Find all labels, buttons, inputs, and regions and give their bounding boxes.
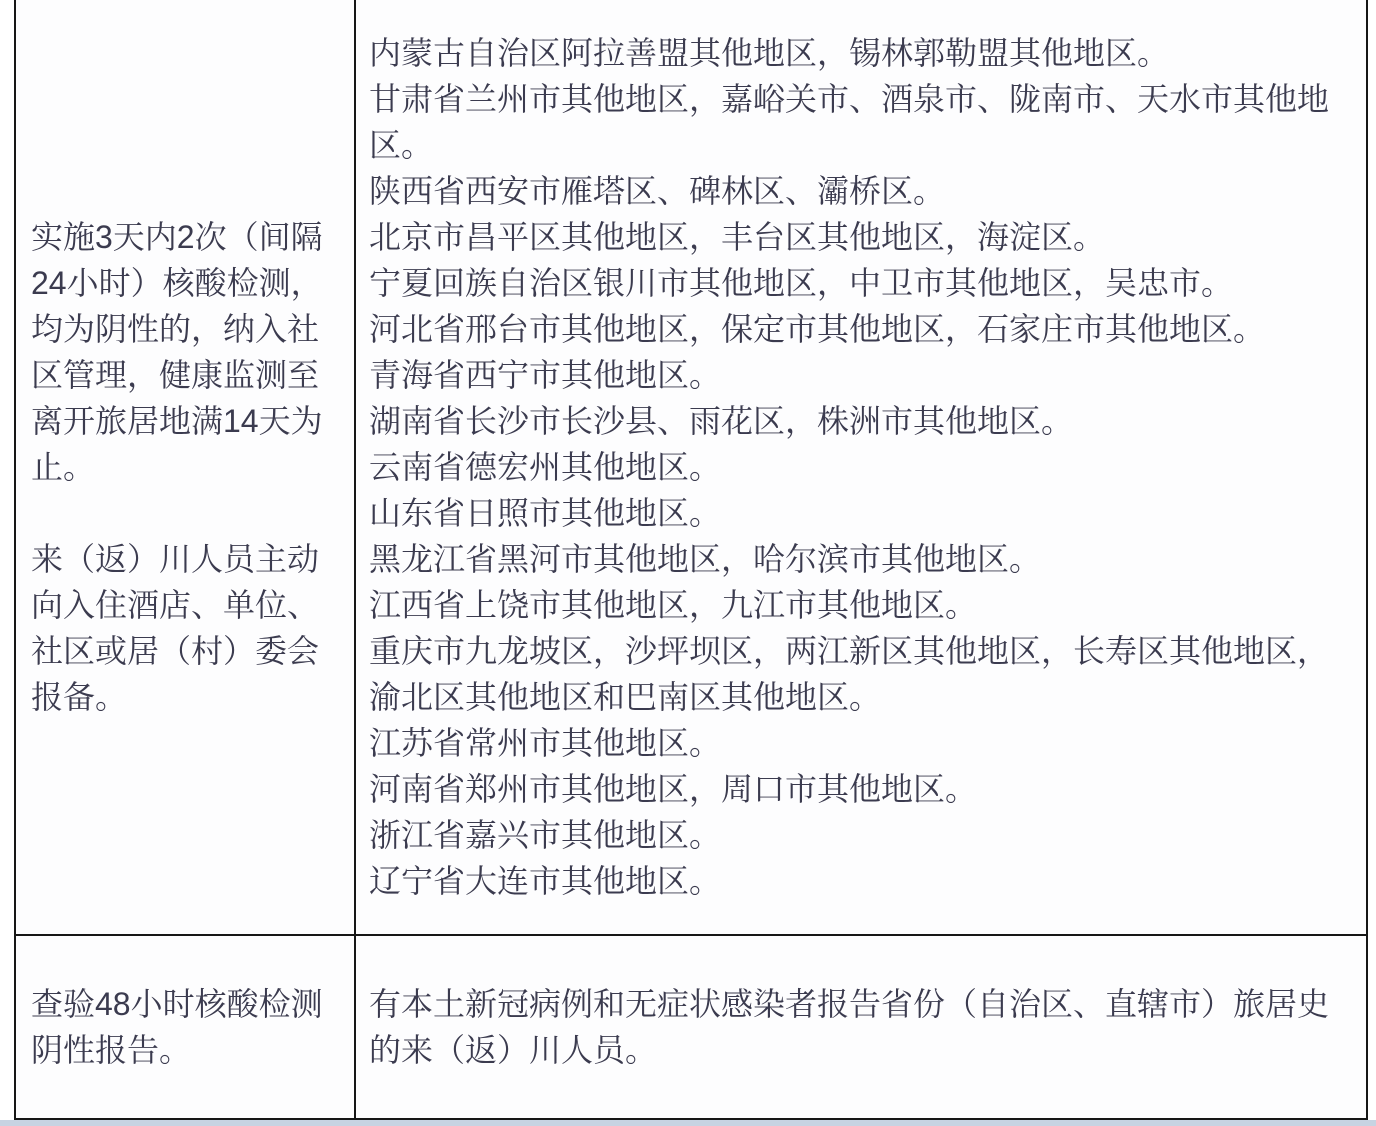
region-item: 河南省郑州市其他地区，周口市其他地区。 <box>369 766 1356 812</box>
region-item: 黑龙江省黑河市其他地区，哈尔滨市其他地区。 <box>369 536 1356 582</box>
table-row: 查验48小时核酸检测阴性报告。 有本土新冠病例和无症状感染者报告省份（自治区、直… <box>16 936 1366 1118</box>
verification-cell: 查验48小时核酸检测阴性报告。 <box>16 936 356 1118</box>
measure-paragraph: 实施3天内2次（间隔24小时）核酸检测，均为阴性的，纳入社区管理，健康监测至离开… <box>31 214 341 490</box>
region-item: 内蒙古自治区阿拉善盟其他地区，锡林郭勒盟其他地区。 <box>369 30 1356 76</box>
region-item: 宁夏回族自治区银川市其他地区，中卫市其他地区，吴忠市。 <box>369 260 1356 306</box>
region-item: 湖南省长沙市长沙县、雨花区，株洲市其他地区。 <box>369 398 1356 444</box>
bottom-edge-strip <box>0 1120 1376 1126</box>
region-item: 辽宁省大连市其他地区。 <box>369 858 1356 904</box>
regions-cell: 内蒙古自治区阿拉善盟其他地区，锡林郭勒盟其他地区。 甘肃省兰州市其他地区，嘉峪关… <box>356 0 1366 934</box>
region-item: 山东省日照市其他地区。 <box>369 490 1356 536</box>
applicable-persons-text: 有本土新冠病例和无症状感染者报告省份（自治区、直辖市）旅居史的来（返）川人员。 <box>369 981 1356 1073</box>
region-item: 陕西省西安市雁塔区、碑林区、灞桥区。 <box>369 168 1356 214</box>
policy-table: 实施3天内2次（间隔24小时）核酸检测，均为阴性的，纳入社区管理，健康监测至离开… <box>14 0 1368 1120</box>
region-item: 江西省上饶市其他地区，九江市其他地区。 <box>369 582 1356 628</box>
region-item: 浙江省嘉兴市其他地区。 <box>369 812 1356 858</box>
region-item: 云南省德宏州其他地区。 <box>369 444 1356 490</box>
region-item: 江苏省常州市其他地区。 <box>369 720 1356 766</box>
region-item: 重庆市九龙坡区，沙坪坝区，两江新区其他地区，长寿区其他地区，渝北区其他地区和巴南… <box>369 628 1356 720</box>
region-item: 河北省邢台市其他地区，保定市其他地区，石家庄市其他地区。 <box>369 306 1356 352</box>
applicable-persons-cell: 有本土新冠病例和无症状感染者报告省份（自治区、直辖市）旅居史的来（返）川人员。 <box>356 936 1366 1118</box>
document-page: 实施3天内2次（间隔24小时）核酸检测，均为阴性的，纳入社区管理，健康监测至离开… <box>0 0 1376 1126</box>
table-row: 实施3天内2次（间隔24小时）核酸检测，均为阴性的，纳入社区管理，健康监测至离开… <box>16 0 1366 936</box>
region-item: 甘肃省兰州市其他地区，嘉峪关市、酒泉市、陇南市、天水市其他地区。 <box>369 76 1356 168</box>
verification-text: 查验48小时核酸检测阴性报告。 <box>31 981 341 1073</box>
measures-cell: 实施3天内2次（间隔24小时）核酸检测，均为阴性的，纳入社区管理，健康监测至离开… <box>16 0 356 934</box>
region-item: 青海省西宁市其他地区。 <box>369 352 1356 398</box>
region-item: 北京市昌平区其他地区，丰台区其他地区，海淀区。 <box>369 214 1356 260</box>
measure-paragraph: 来（返）川人员主动向入住酒店、单位、社区或居（村）委会报备。 <box>31 536 341 720</box>
